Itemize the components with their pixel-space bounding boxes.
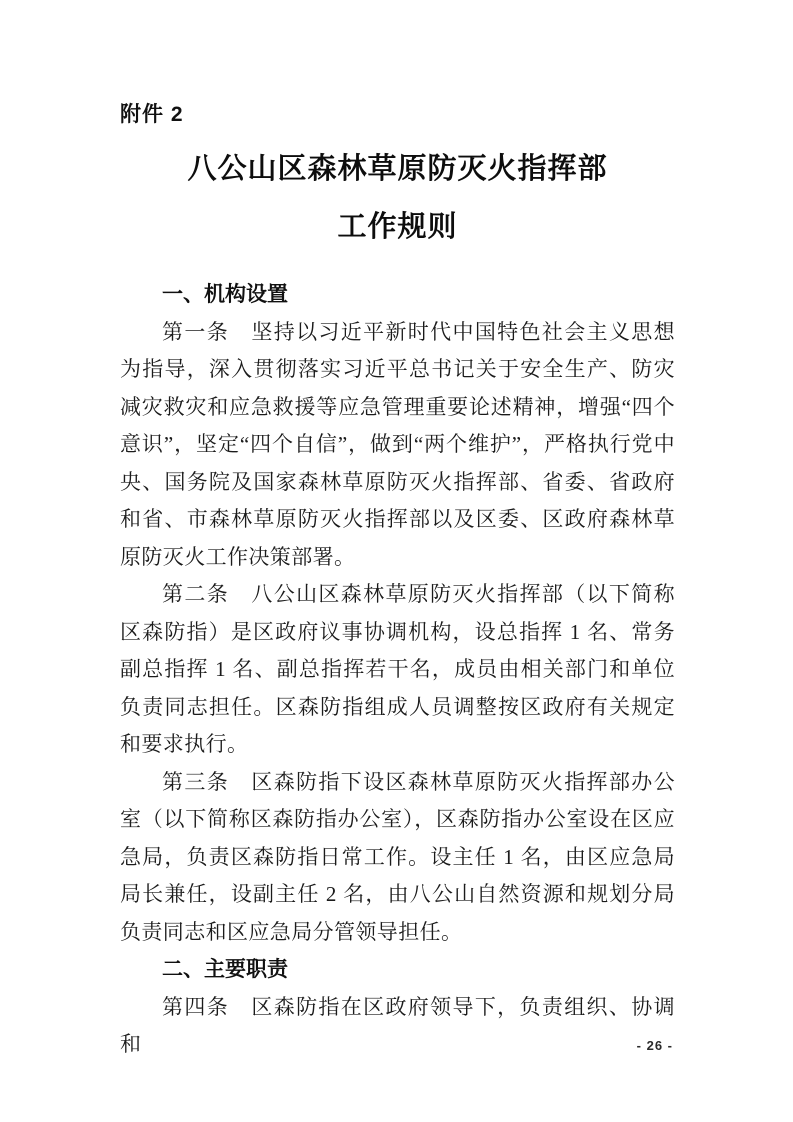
- body-paragraph: 第一条 坚持以习近平新时代中国特色社会主义思想为指导，深入贯彻落实习近平总书记关…: [120, 314, 675, 577]
- body-paragraph: 第三条 区森防指下设区森林草原防灭火指挥部办公室（以下简称区森防指办公室），区森…: [120, 764, 675, 952]
- document-body: 一、机构设置第一条 坚持以习近平新时代中国特色社会主义思想为指导，深入贯彻落实习…: [120, 276, 675, 1064]
- body-paragraph: 第二条 八公山区森林草原防灭火指挥部（以下简称区森防指）是区政府议事协调机构，设…: [120, 576, 675, 764]
- section-heading: 二、主要职责: [120, 951, 675, 989]
- document-title: 八公山区森林草原防灭火指挥部 工作规则: [120, 140, 675, 256]
- document-title-line1: 八公山区森林草原防灭火指挥部: [187, 153, 607, 185]
- section-heading: 一、机构设置: [120, 276, 675, 314]
- attachment-label: 附件 2: [120, 102, 675, 128]
- body-paragraph: 第四条 区森防指在区政府领导下，负责组织、协调和: [120, 989, 675, 1064]
- document-page: 附件 2 八公山区森林草原防灭火指挥部 工作规则 一、机构设置第一条 坚持以习近…: [0, 0, 793, 1122]
- document-title-line2: 工作规则: [337, 211, 457, 243]
- page-number: - 26 -: [637, 1038, 673, 1053]
